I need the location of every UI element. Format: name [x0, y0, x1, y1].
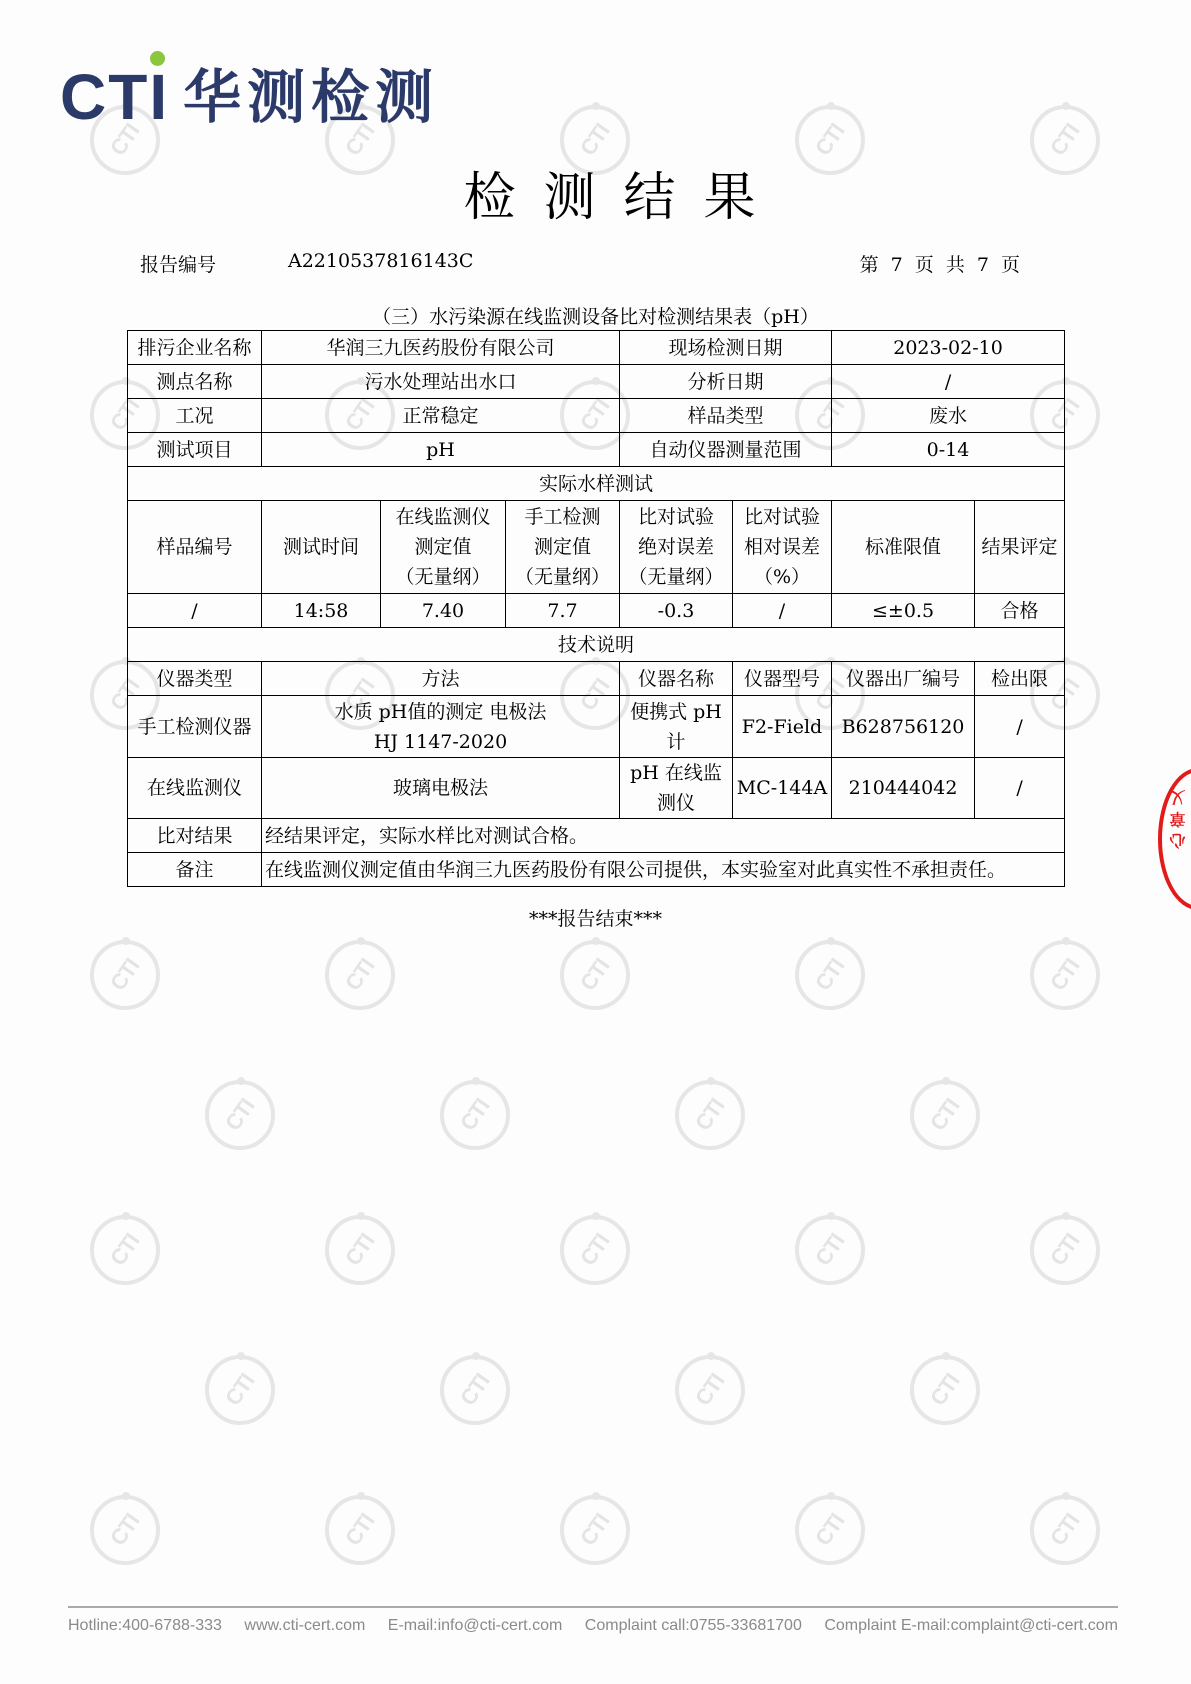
table-cell: 玻璃电极法	[262, 758, 620, 819]
info-row: 测试项目pH自动仪器测量范围0-14	[128, 433, 1065, 467]
logo-name-cn: 华测检测	[183, 68, 439, 126]
table-cell: MC-144A	[733, 758, 832, 819]
info-value: pH	[262, 433, 620, 467]
remark-row: 备注在线监测仪测定值由华润三九医药股份有限公司提供，本实验室对此真实性不承担责任…	[128, 853, 1065, 887]
logo-brand: CTI	[60, 65, 169, 129]
table-caption: （三）水污染源在线监测设备比对检测结果表（pH）	[0, 302, 1191, 329]
table-cell: -0.3	[620, 594, 733, 628]
table-cell: 合格	[975, 594, 1065, 628]
table-cell: ≤±0.5	[832, 594, 975, 628]
column-header: 样品编号	[128, 501, 262, 594]
tech-header-row: 仪器类型方法仪器名称仪器型号仪器出厂编号检出限	[128, 662, 1065, 696]
info-value: 污水处理站出水口	[262, 365, 620, 399]
info-value: 0-14	[832, 433, 1065, 467]
table-cell: pH 在线监测仪	[620, 758, 733, 819]
table-cell: /	[975, 696, 1065, 758]
section-header-row: 实际水样测试	[128, 467, 1065, 501]
page-info: 第 7 页 共 7 页	[860, 250, 1020, 277]
column-header: 仪器类型	[128, 662, 262, 696]
page-title: 检测结果	[0, 155, 1191, 230]
footer-complaint-email[interactable]: Complaint E-mail:complaint@cti-cert.com	[824, 1617, 1118, 1635]
info-label: 自动仪器测量范围	[620, 433, 832, 467]
report-end-mark: ***报告结束***	[0, 904, 1191, 931]
column-header: 仪器型号	[733, 662, 832, 696]
section-title-sample-test: 实际水样测试	[128, 467, 1065, 501]
info-value: 华润三九医药股份有限公司	[262, 331, 620, 365]
table-cell: 在线监测仪	[128, 758, 262, 819]
report-number-value: A2210537816143C	[288, 250, 473, 272]
footer-hotline: Hotline:400-6788-333	[68, 1617, 222, 1635]
footer-website[interactable]: www.cti-cert.com	[244, 1617, 365, 1635]
column-header: 比对试验 绝对误差 （无量纲）	[620, 501, 733, 594]
table-cell: 手工检测仪器	[128, 696, 262, 758]
comparison-result-value: 经结果评定，实际水样比对测试合格。	[262, 819, 1065, 853]
stamp-text: 心 章 乂	[1167, 790, 1190, 849]
column-header: 方法	[262, 662, 620, 696]
table-cell: 水质 pH值的测定 电极法 HJ 1147-2020	[262, 696, 620, 758]
info-label: 分析日期	[620, 365, 832, 399]
column-header: 仪器名称	[620, 662, 733, 696]
info-label: 测点名称	[128, 365, 262, 399]
column-header: 仪器出厂编号	[832, 662, 975, 696]
footer: Hotline:400-6788-333 www.cti-cert.com E-…	[68, 1617, 1118, 1635]
table-cell: /	[733, 594, 832, 628]
table-cell: 7.7	[506, 594, 620, 628]
report-number-label: 报告编号	[140, 250, 216, 277]
table-cell: /	[975, 758, 1065, 819]
info-row: 工况正常稳定样品类型废水	[128, 399, 1065, 433]
info-row: 排污企业名称华润三九医药股份有限公司现场检测日期2023-02-10	[128, 331, 1065, 365]
section-header-row: 技术说明	[128, 628, 1065, 662]
info-label: 测试项目	[128, 433, 262, 467]
tech-data-row: 在线监测仪玻璃电极法pH 在线监测仪MC-144A210444042/	[128, 758, 1065, 819]
info-value: 废水	[832, 399, 1065, 433]
table-cell: 210444042	[832, 758, 975, 819]
info-value: 2023-02-10	[832, 331, 1065, 365]
table-cell: /	[128, 594, 262, 628]
info-label: 现场检测日期	[620, 331, 832, 365]
footer-email[interactable]: E-mail:info@cti-cert.com	[388, 1617, 563, 1635]
comparison-result-label: 比对结果	[128, 819, 262, 853]
footer-complaint-call: Complaint call:0755-33681700	[585, 1617, 802, 1635]
table-cell: 14:58	[262, 594, 381, 628]
column-header: 结果评定	[975, 501, 1065, 594]
comparison-result-row: 比对结果经结果评定，实际水样比对测试合格。	[128, 819, 1065, 853]
column-header: 在线监测仪 测定值 （无量纲）	[381, 501, 506, 594]
column-header: 测试时间	[262, 501, 381, 594]
cti-logo: CTI 华测检测	[60, 62, 439, 132]
table-cell: B628756120	[832, 696, 975, 758]
table-cell: 便携式 pH 计	[620, 696, 733, 758]
column-header: 检出限	[975, 662, 1065, 696]
info-label: 工况	[128, 399, 262, 433]
column-header: 比对试验 相对误差 （%）	[733, 501, 832, 594]
info-value: 正常稳定	[262, 399, 620, 433]
remark-label: 备注	[128, 853, 262, 887]
info-value: /	[832, 365, 1065, 399]
sample-data-row: /14:587.407.7-0.3/≤±0.5合格	[128, 594, 1065, 628]
tech-data-row: 手工检测仪器水质 pH值的测定 电极法 HJ 1147-2020便携式 pH 计…	[128, 696, 1065, 758]
info-row: 测点名称污水处理站出水口分析日期/	[128, 365, 1065, 399]
remark-value: 在线监测仪测定值由华润三九医药股份有限公司提供，本实验室对此真实性不承担责任。	[262, 853, 1065, 887]
info-label: 样品类型	[620, 399, 832, 433]
section-title-tech-notes: 技术说明	[128, 628, 1065, 662]
sample-header-row: 样品编号测试时间在线监测仪 测定值 （无量纲）手工检测 测定值 （无量纲）比对试…	[128, 501, 1065, 594]
column-header: 手工检测 测定值 （无量纲）	[506, 501, 620, 594]
table-cell: 7.40	[381, 594, 506, 628]
logo-dot-icon	[150, 51, 165, 66]
column-header: 标准限值	[832, 501, 975, 594]
footer-divider	[68, 1606, 1118, 1608]
table-cell: F2-Field	[733, 696, 832, 758]
info-label: 排污企业名称	[128, 331, 262, 365]
results-table: 排污企业名称华润三九医药股份有限公司现场检测日期2023-02-10测点名称污水…	[127, 330, 1065, 887]
